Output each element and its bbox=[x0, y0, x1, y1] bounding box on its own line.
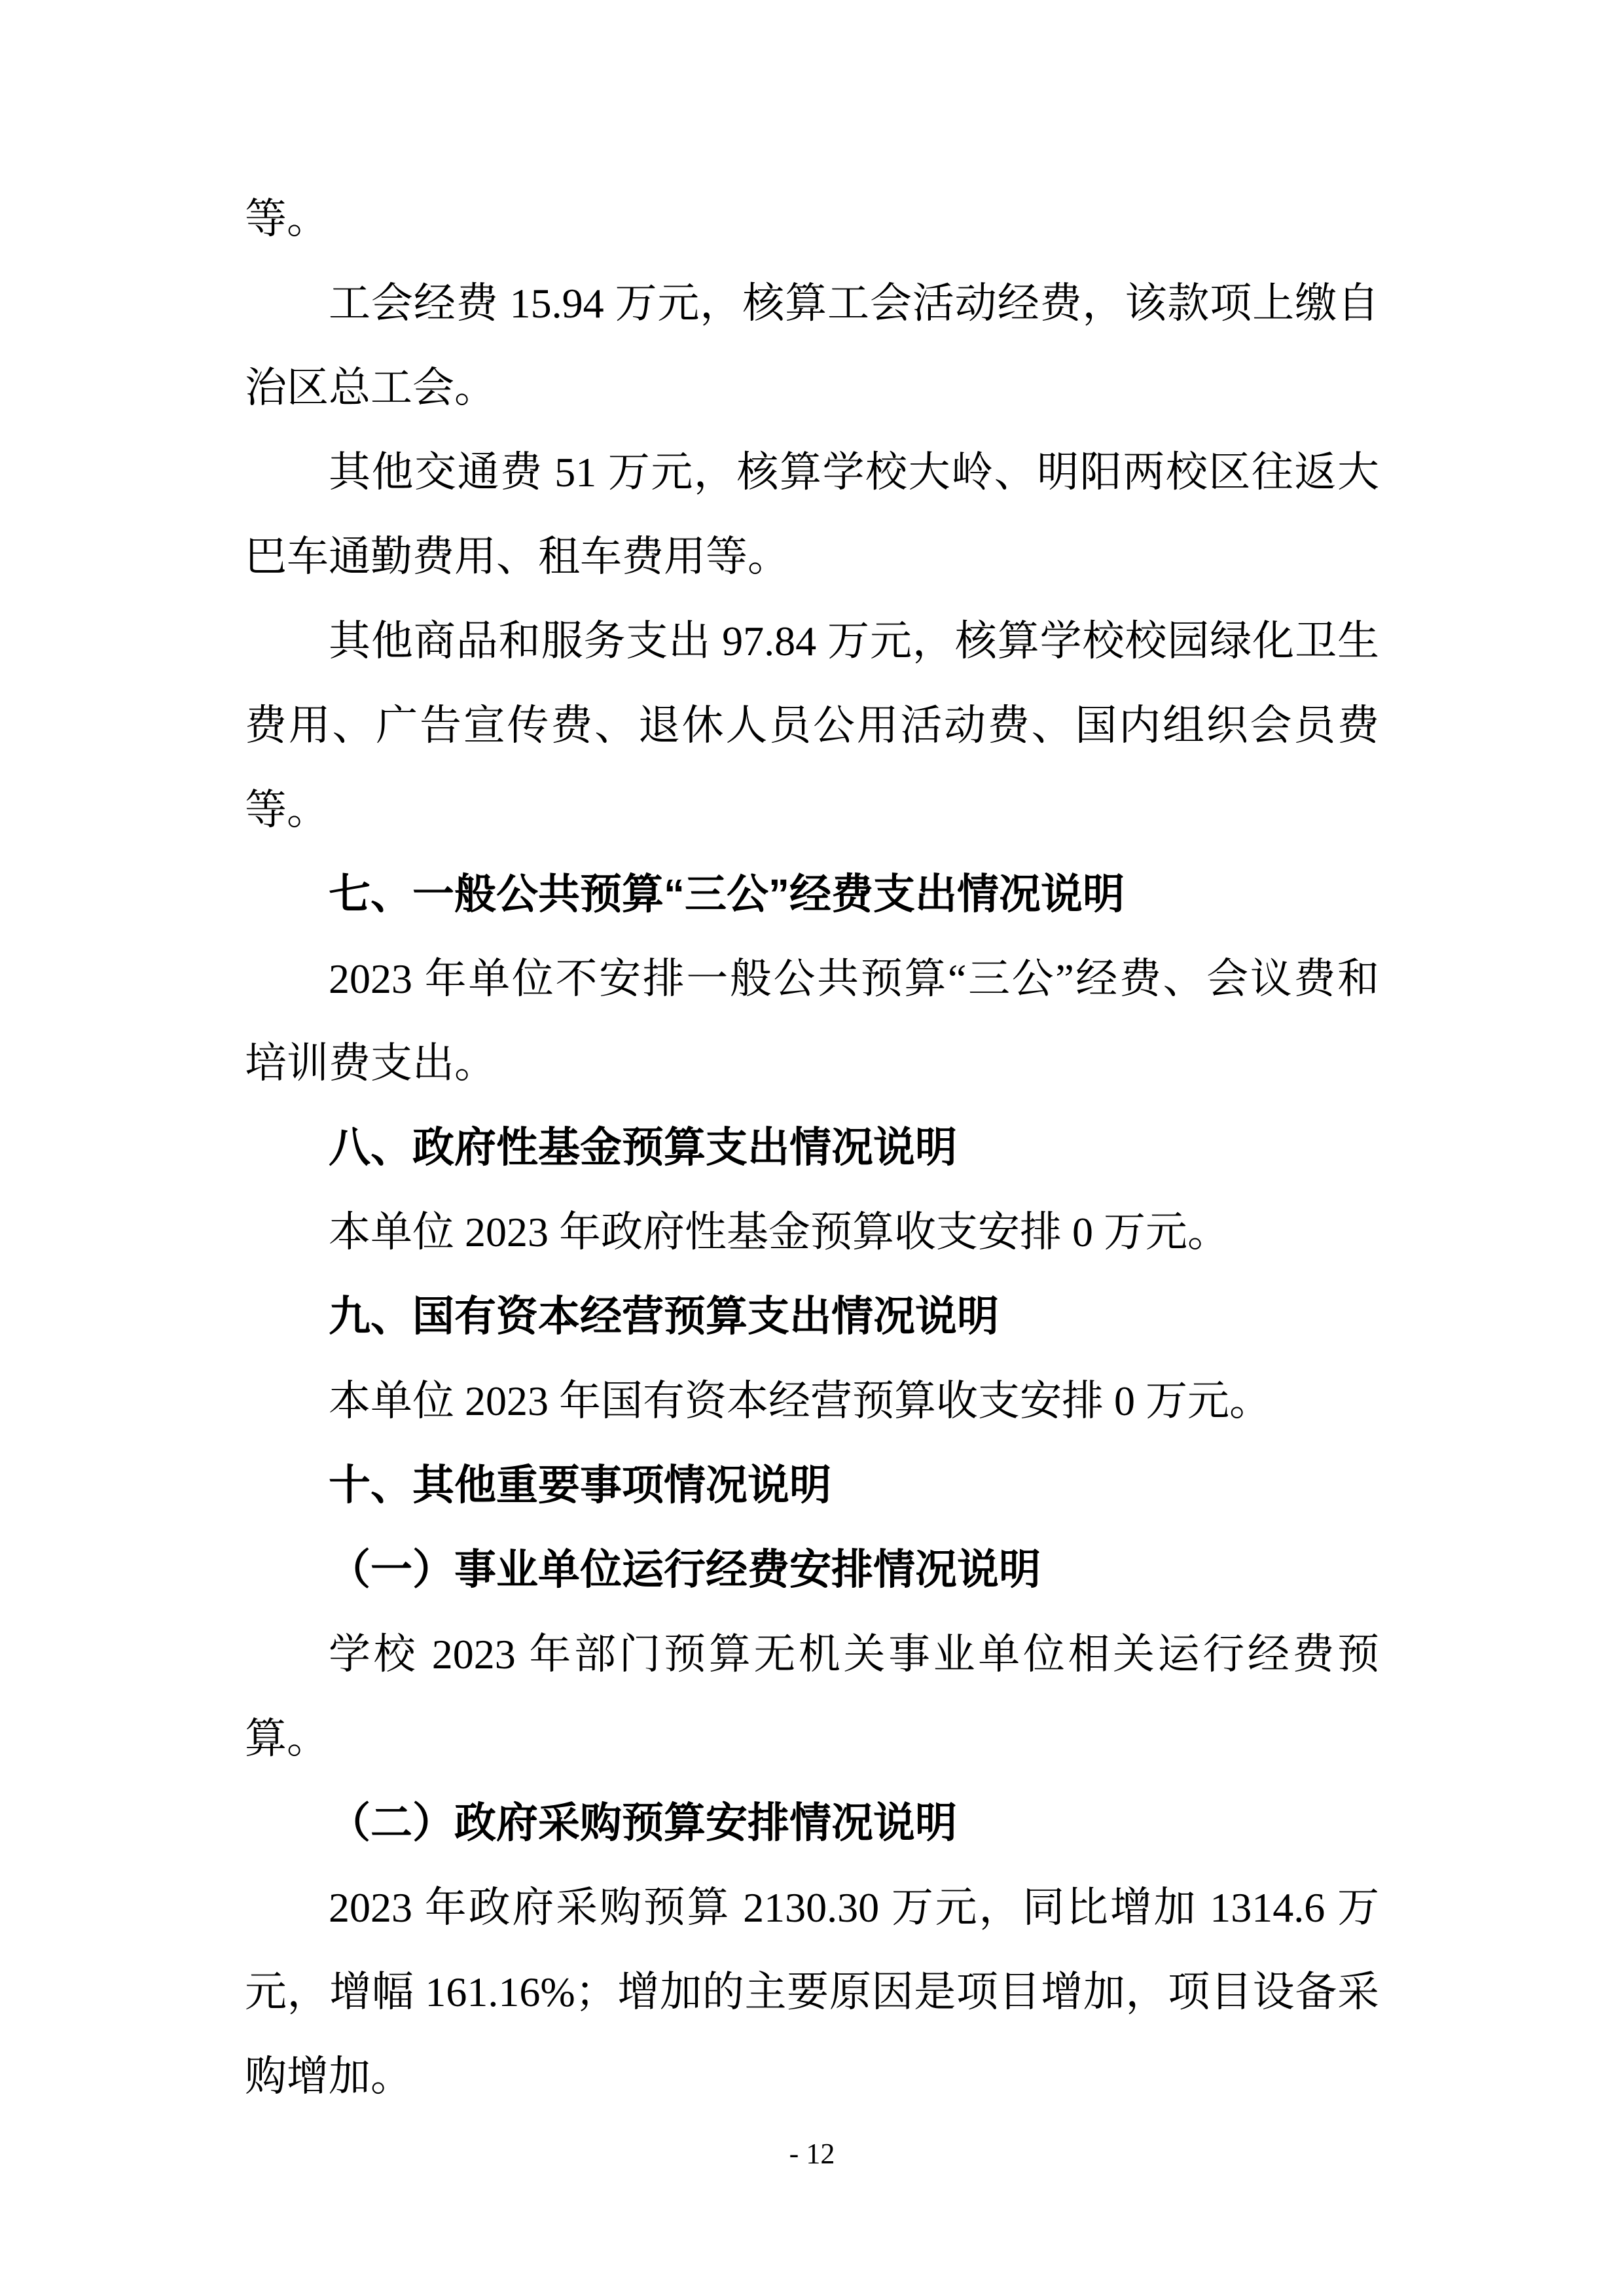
page-body: 等。 工会经费 15.94 万元，核算工会活动经费，该款项上缴自治区总工会。 其… bbox=[245, 177, 1379, 2119]
heading-sub-2-government-procurement: （二）政府采购预算安排情况说明 bbox=[245, 1781, 1379, 1865]
paragraph-government-funds-budget: 本单位 2023 年政府性基金预算收支安排 0 万元。 bbox=[245, 1190, 1379, 1274]
paragraph-government-procurement: 2023 年政府采购预算 2130.30 万元，同比增加 1314.6 万元，增… bbox=[245, 1865, 1379, 2119]
paragraph-state-capital-budget: 本单位 2023 年国有资本经营预算收支安排 0 万元。 bbox=[245, 1359, 1379, 1443]
heading-sub-1-operating-funds: （一）事业单位运行经费安排情况说明 bbox=[245, 1528, 1379, 1612]
document-page: 等。 工会经费 15.94 万元，核算工会活动经费，该款项上缴自治区总工会。 其… bbox=[0, 0, 1624, 2296]
page-number: - 12 bbox=[0, 2135, 1624, 2173]
paragraph-other-transport-fee: 其他交通费 51 万元，核算学校大岭、明阳两校区往返大巴车通勤费用、租车费用等。 bbox=[245, 430, 1379, 599]
paragraph-other-goods-services: 其他商品和服务支出 97.84 万元，核算学校校园绿化卫生费用、广告宣传费、退休… bbox=[245, 599, 1379, 852]
paragraph-continued-etc: 等。 bbox=[245, 177, 1379, 261]
paragraph-union-funds: 工会经费 15.94 万元，核算工会活动经费，该款项上缴自治区总工会。 bbox=[245, 261, 1379, 430]
heading-section-9-state-capital-budget: 九、国有资本经营预算支出情况说明 bbox=[245, 1274, 1379, 1359]
heading-section-7-three-public-funds: 七、一般公共预算“三公”经费支出情况说明 bbox=[245, 852, 1379, 937]
heading-section-8-government-funds-budget: 八、政府性基金预算支出情况说明 bbox=[245, 1105, 1379, 1190]
heading-section-10-other-important-matters: 十、其他重要事项情况说明 bbox=[245, 1443, 1379, 1528]
paragraph-operating-funds: 学校 2023 年部门预算无机关事业单位相关运行经费预算。 bbox=[245, 1612, 1379, 1781]
paragraph-three-public-funds: 2023 年单位不安排一般公共预算“三公”经费、会议费和培训费支出。 bbox=[245, 937, 1379, 1105]
